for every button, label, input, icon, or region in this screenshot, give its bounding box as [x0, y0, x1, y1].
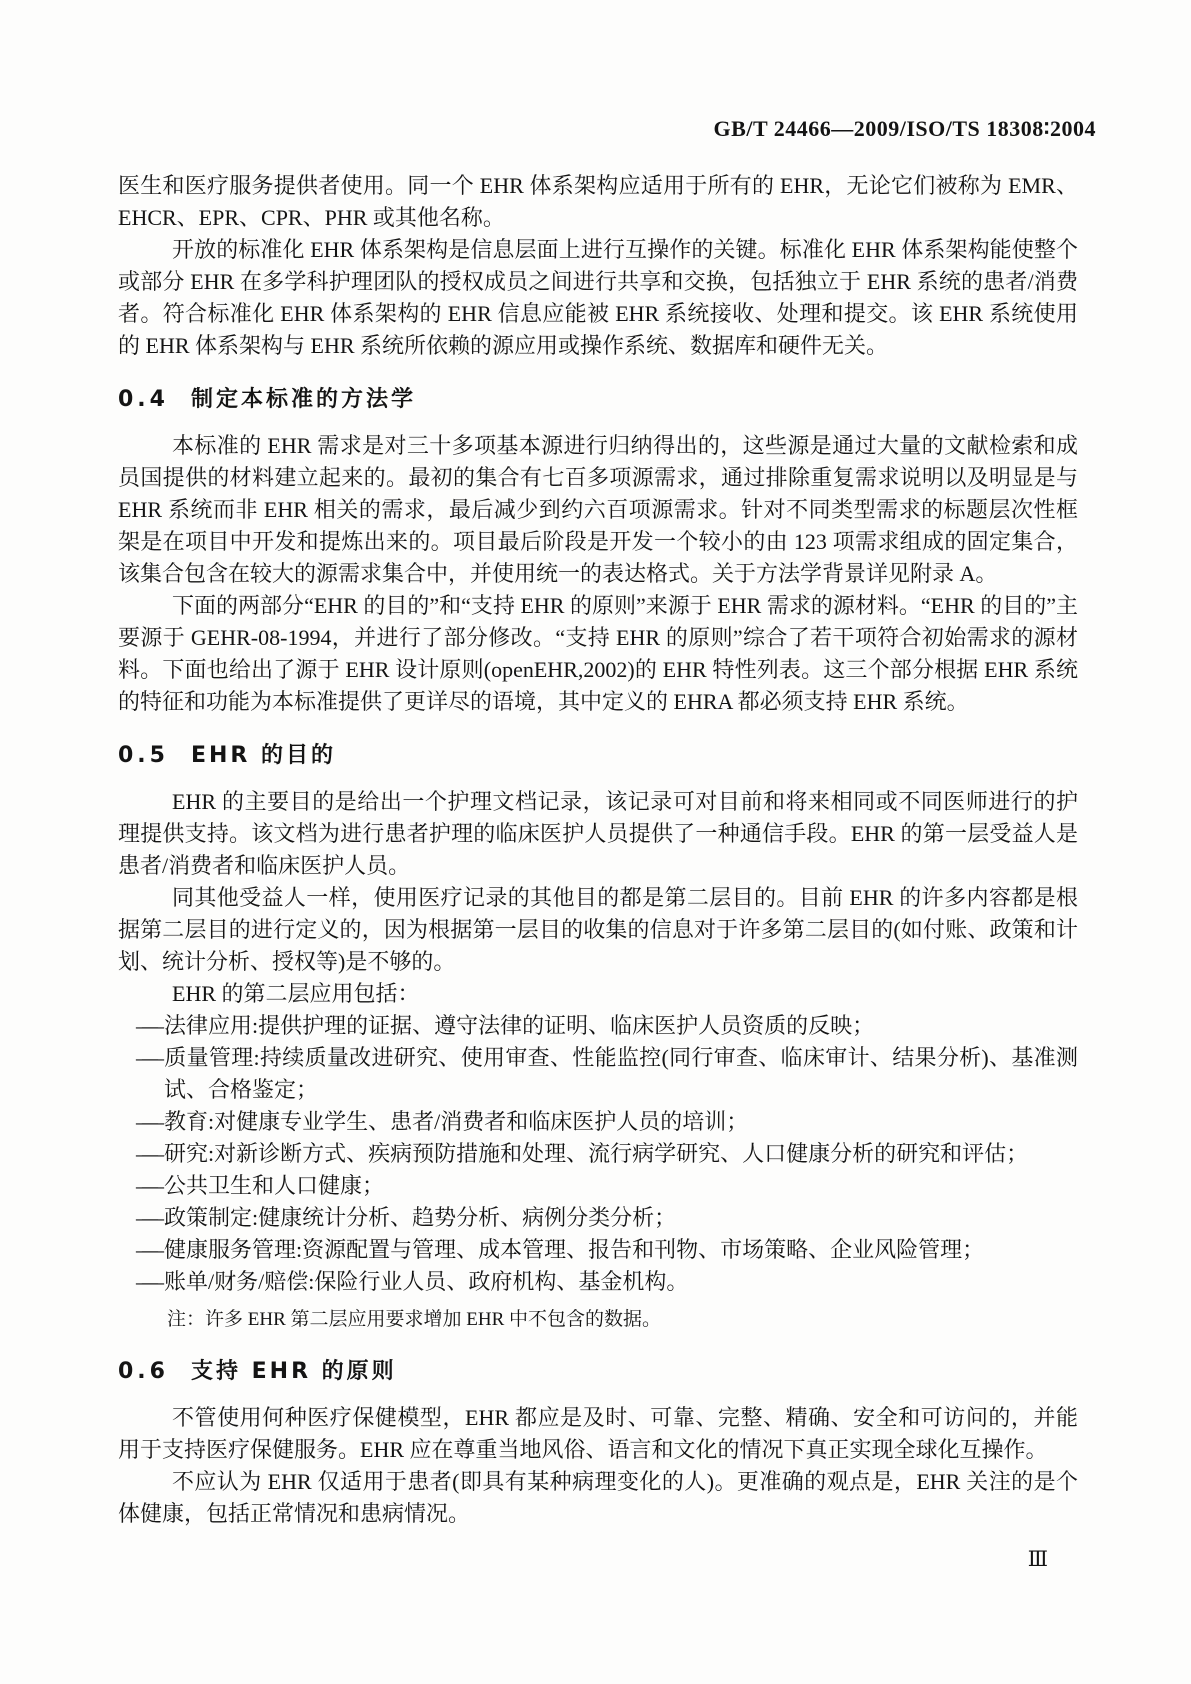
- list-item-dash: ——: [136, 1109, 148, 1134]
- list-item: ——研究:对新诊断方式、疾病预防措施和处理、流行病学研究、人口健康分析的研究和评…: [118, 1138, 1078, 1170]
- list-item: ——教育:对健康专业学生、患者/消费者和临床医护人员的培训；: [118, 1106, 1078, 1138]
- section-heading-0-6: 0.6支持 EHR 的原则: [118, 1356, 1078, 1388]
- secondary-uses-list-intro: EHR 的第二层应用包括：: [118, 978, 1078, 1010]
- section-0-6-paragraph: 不管使用何种医疗保健模型，EHR 都应是及时、可靠、完整、精确、安全和可访问的，…: [118, 1402, 1078, 1466]
- list-item-text: 政策制定:健康统计分析、趋势分析、病例分类分析；: [164, 1205, 676, 1230]
- list-item-text: 账单/财务/赔偿:保险行业人员、政府机构、基金机构。: [164, 1269, 688, 1294]
- document-page: GB/T 24466—2009/ISO/TS 18308∶2004 医生和医疗服…: [0, 0, 1191, 1684]
- standard-number-header: GB/T 24466—2009/ISO/TS 18308∶2004: [118, 116, 1096, 142]
- list-item: ——健康服务管理:资源配置与管理、成本管理、报告和刊物、市场策略、企业风险管理；: [118, 1234, 1078, 1266]
- section-0-4-paragraph: 本标准的 EHR 需求是对三十多项基本源进行归纳得出的，这些源是通过大量的文献检…: [118, 430, 1078, 590]
- list-item: ——公共卫生和人口健康；: [118, 1170, 1078, 1202]
- list-item-dash: ——: [136, 1013, 148, 1038]
- list-item: ——账单/财务/赔偿:保险行业人员、政府机构、基金机构。: [118, 1266, 1078, 1298]
- document-body: 医生和医疗服务提供者使用。同一个 EHR 体系架构应适用于所有的 EHR，无论它…: [118, 170, 1078, 1574]
- list-item-dash: ——: [136, 1205, 148, 1230]
- section-number: 0.5: [118, 743, 169, 768]
- section-title: EHR 的目的: [191, 743, 336, 768]
- list-item: ——法律应用:提供护理的证据、遵守法律的证明、临床医护人员资质的反映；: [118, 1010, 1078, 1042]
- section-0-5-paragraph: 同其他受益人一样，使用医疗记录的其他目的都是第二层目的。目前 EHR 的许多内容…: [118, 882, 1078, 978]
- section-title: 支持 EHR 的原则: [191, 1359, 397, 1384]
- list-item-dash: ——: [136, 1269, 148, 1294]
- list-item-dash: ——: [136, 1237, 148, 1262]
- list-item-text: 健康服务管理:资源配置与管理、成本管理、报告和刊物、市场策略、企业风险管理；: [164, 1237, 984, 1262]
- list-item: ——质量管理:持续质量改进研究、使用审查、性能监控(同行审查、临床审计、结果分析…: [118, 1042, 1078, 1106]
- intro-paragraph-continuation: 医生和医疗服务提供者使用。同一个 EHR 体系架构应适用于所有的 EHR，无论它…: [118, 170, 1078, 234]
- list-item-text: 教育:对健康专业学生、患者/消费者和临床医护人员的培训；: [164, 1109, 748, 1134]
- list-item: ——政策制定:健康统计分析、趋势分析、病例分类分析；: [118, 1202, 1078, 1234]
- section-title: 制定本标准的方法学: [191, 387, 416, 412]
- section-number: 0.4: [118, 387, 169, 412]
- section-0-6-paragraph: 不应认为 EHR 仅适用于患者(即具有某种病理变化的人)。更准确的观点是，EHR…: [118, 1466, 1078, 1530]
- page-number: Ⅲ: [118, 1544, 1078, 1574]
- list-item-text: 公共卫生和人口健康；: [164, 1173, 384, 1198]
- note-text: 注：许多 EHR 第二层应用要求增加 EHR 中不包含的数据。: [118, 1306, 1078, 1334]
- list-item-text: 研究:对新诊断方式、疾病预防措施和处理、流行病学研究、人口健康分析的研究和评估；: [164, 1141, 1028, 1166]
- list-item-dash: ——: [136, 1173, 148, 1198]
- list-item-text: 质量管理:持续质量改进研究、使用审查、性能监控(同行审查、临床审计、结果分析)、…: [164, 1045, 1078, 1102]
- secondary-uses-list: ——法律应用:提供护理的证据、遵守法律的证明、临床医护人员资质的反映； ——质量…: [118, 1010, 1078, 1298]
- section-number: 0.6: [118, 1359, 169, 1384]
- section-heading-0-4: 0.4制定本标准的方法学: [118, 384, 1078, 416]
- list-item-dash: ——: [136, 1141, 148, 1166]
- section-0-4-paragraph: 下面的两部分“EHR 的目的”和“支持 EHR 的原则”来源于 EHR 需求的源…: [118, 590, 1078, 718]
- list-item-text: 法律应用:提供护理的证据、遵守法律的证明、临床医护人员资质的反映；: [164, 1013, 874, 1038]
- section-0-5-paragraph: EHR 的主要目的是给出一个护理文档记录，该记录可对目前和将来相同或不同医师进行…: [118, 786, 1078, 882]
- intro-paragraph: 开放的标准化 EHR 体系架构是信息层面上进行互操作的关键。标准化 EHR 体系…: [118, 234, 1078, 362]
- list-item-dash: ——: [136, 1045, 148, 1070]
- section-heading-0-5: 0.5EHR 的目的: [118, 740, 1078, 772]
